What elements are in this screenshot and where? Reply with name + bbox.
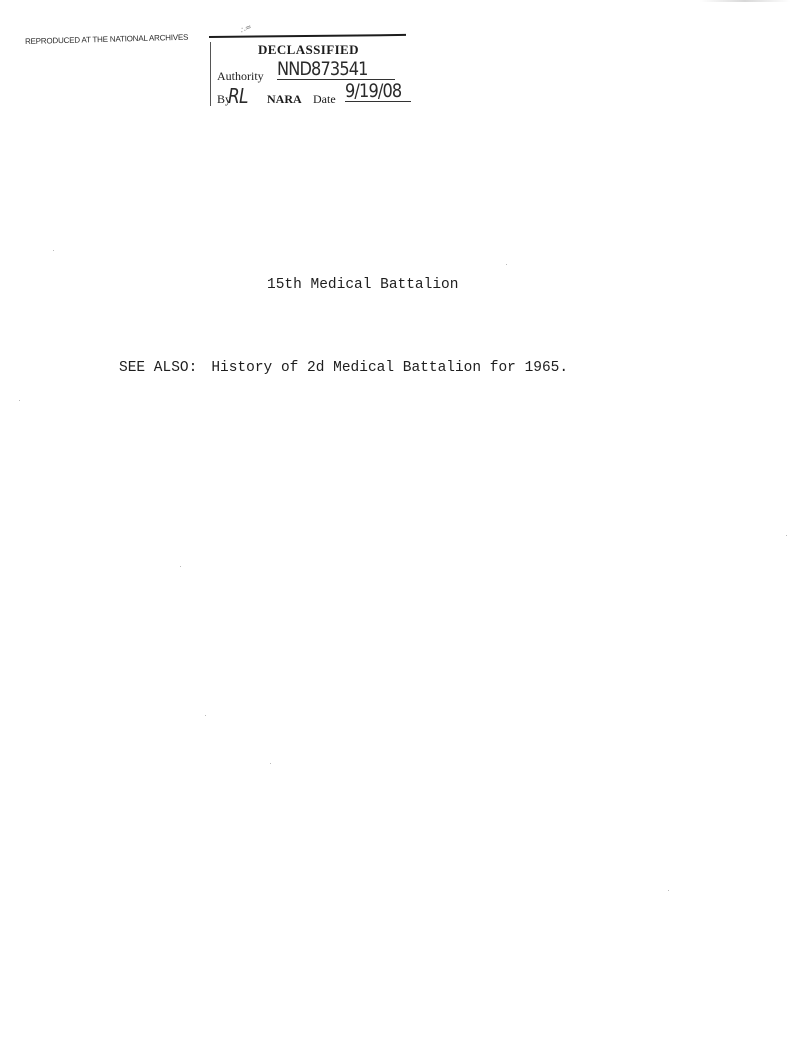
stamp-border-top <box>209 34 406 38</box>
date-value-field: 9/19/08 <box>345 82 411 102</box>
archive-notice: REPRODUCED AT THE NATIONAL ARCHIVES <box>25 33 188 46</box>
declassified-stamp: DECLASSIFIED Authority NND873541 By RL N… <box>209 36 406 110</box>
stamp-border-left <box>210 42 211 106</box>
stamp-title: DECLASSIFIED <box>258 42 359 58</box>
authority-value: NND873541 <box>277 60 368 79</box>
by-initials: RL <box>228 84 248 108</box>
see-also-label: SEE ALSO: <box>119 360 197 376</box>
agency-label: NARA <box>267 92 302 107</box>
stamp-authority-row: Authority NND873541 <box>217 69 264 84</box>
scan-speck <box>53 250 54 251</box>
scan-speck <box>19 400 20 401</box>
see-also-reference: History of 2d Medical Battalion for 1965… <box>211 360 568 376</box>
by-initials-field: RL <box>228 84 251 108</box>
document-page: REPRODUCED AT THE NATIONAL ARCHIVES ∴≈ D… <box>0 0 803 1053</box>
date-value: 9/19/08 <box>345 82 401 101</box>
scan-speck <box>180 566 181 567</box>
date-label: Date <box>313 92 336 107</box>
scan-speck <box>506 264 507 265</box>
stamp-by-row: By RL NARA Date 9/19/08 <box>217 92 231 107</box>
authority-label: Authority <box>217 69 264 83</box>
scan-speck <box>786 535 787 536</box>
see-also-line: SEE ALSO:History of 2d Medical Battalion… <box>119 360 568 376</box>
scan-speck <box>205 715 206 716</box>
scan-speck <box>668 890 669 891</box>
scan-smudge <box>700 0 790 2</box>
scan-speck <box>270 763 271 764</box>
document-title: 15th Medical Battalion <box>267 277 458 293</box>
authority-value-field: NND873541 <box>277 60 395 80</box>
stamp-mark: ∴≈ <box>239 22 253 35</box>
